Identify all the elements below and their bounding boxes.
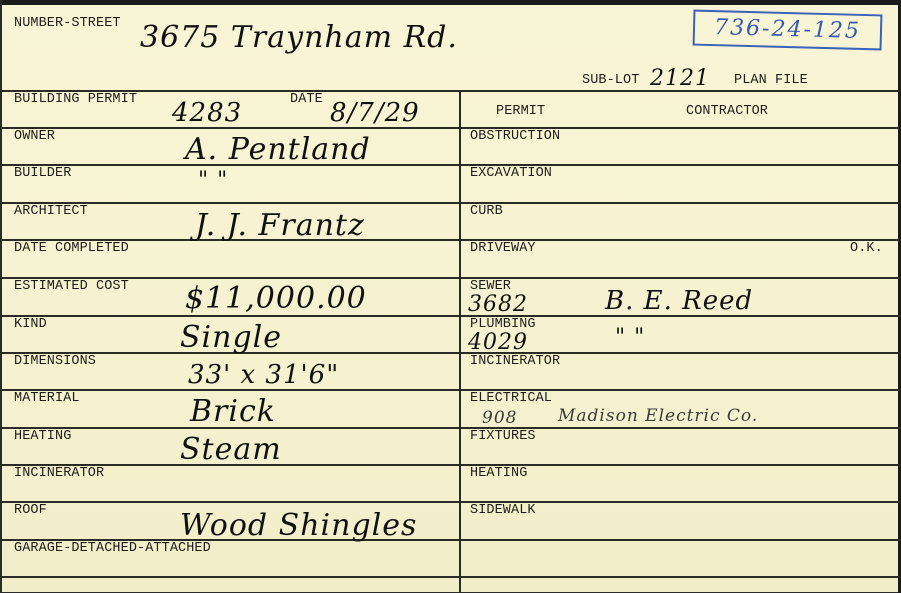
permit-label-electrical: ELECTRICAL xyxy=(470,391,552,406)
field-label-dimensions: DIMENSIONS xyxy=(14,354,96,369)
rule xyxy=(0,501,901,503)
sub-lot-label: SUB-LOT xyxy=(582,73,639,88)
rule xyxy=(0,202,901,204)
heating-value: Steam xyxy=(180,432,282,467)
plumbing-permit-number: 4029 xyxy=(468,330,528,355)
rule xyxy=(0,427,901,429)
permit-label-driveway: DRIVEWAY xyxy=(470,241,536,256)
dimensions-value: 33' x 31'6" xyxy=(188,360,339,390)
building-permit-value: 4283 xyxy=(172,98,242,128)
sewer-contractor: B. E. Reed xyxy=(605,286,753,316)
field-label-material: MATERIAL xyxy=(14,391,80,406)
permit-label-incinerator: INCINERATOR xyxy=(470,354,560,369)
plumbing-contractor: " " xyxy=(615,325,645,350)
card-left-edge xyxy=(0,0,2,593)
material-value: Brick xyxy=(190,394,276,429)
field-label-kind: KIND xyxy=(14,317,47,332)
column-divider xyxy=(459,91,461,593)
permit-label-obstruction: OBSTRUCTION xyxy=(470,129,560,144)
file-number-stamp: 736-24-125 xyxy=(693,10,883,51)
rule xyxy=(0,315,901,317)
contractor-column-header: CONTRACTOR xyxy=(686,104,768,119)
permit-label-heating: HEATING xyxy=(470,466,527,481)
rule xyxy=(0,352,901,354)
permit-card: NUMBER-STREET 3675 Traynham Rd. 736-24-1… xyxy=(0,0,901,593)
field-label-roof: ROOF xyxy=(14,503,47,518)
permit-label-curb: CURB xyxy=(470,204,503,219)
plan-file-label: PLAN FILE xyxy=(734,73,808,88)
field-label-estimated-cost: ESTIMATED COST xyxy=(14,279,129,294)
permit-label-excavation: EXCAVATION xyxy=(470,166,552,181)
rule xyxy=(0,464,901,466)
electrical-contractor: Madison Electric Co. xyxy=(558,406,758,426)
rule xyxy=(0,127,901,129)
roof-value: Wood Shingles xyxy=(180,508,417,543)
date-label: DATE xyxy=(290,92,323,107)
permit-column-header: PERMIT xyxy=(496,104,545,119)
electrical-permit-number: 908 xyxy=(482,408,517,428)
architect-value: J. J. Frantz xyxy=(195,208,365,243)
rule xyxy=(0,239,901,241)
card-top-edge xyxy=(0,0,901,5)
sub-lot-value: 2121 xyxy=(650,66,710,91)
sewer-permit-number: 3682 xyxy=(468,292,528,317)
field-label-garage: GARAGE-DETACHED-ATTACHED xyxy=(14,541,211,556)
field-label-owner: OWNER xyxy=(14,129,55,144)
rule xyxy=(0,389,901,391)
rule xyxy=(0,576,901,578)
date-value: 8/7/29 xyxy=(330,98,420,128)
driveway-status: O.K. xyxy=(850,241,883,256)
number-street-label: NUMBER-STREET xyxy=(14,16,121,31)
field-label-architect: ARCHITECT xyxy=(14,204,88,219)
rule xyxy=(0,164,901,166)
number-street-value: 3675 Traynham Rd. xyxy=(140,20,458,55)
field-label-incinerator: INCINERATOR xyxy=(14,466,104,481)
owner-value: A. Pentland xyxy=(185,132,371,167)
field-label-date-completed: DATE COMPLETED xyxy=(14,241,129,256)
field-label-heating: HEATING xyxy=(14,429,71,444)
field-label-builder: BUILDER xyxy=(14,166,71,181)
field-label-building-permit: BUILDING PERMIT xyxy=(14,92,137,107)
estimated-cost-value: $11,000.00 xyxy=(185,281,367,316)
permit-label-fixtures: FIXTURES xyxy=(470,429,536,444)
kind-value: Single xyxy=(180,320,282,355)
builder-value: " " xyxy=(198,168,228,193)
rule xyxy=(0,277,901,279)
permit-label-sidewalk: SIDEWALK xyxy=(470,503,536,518)
